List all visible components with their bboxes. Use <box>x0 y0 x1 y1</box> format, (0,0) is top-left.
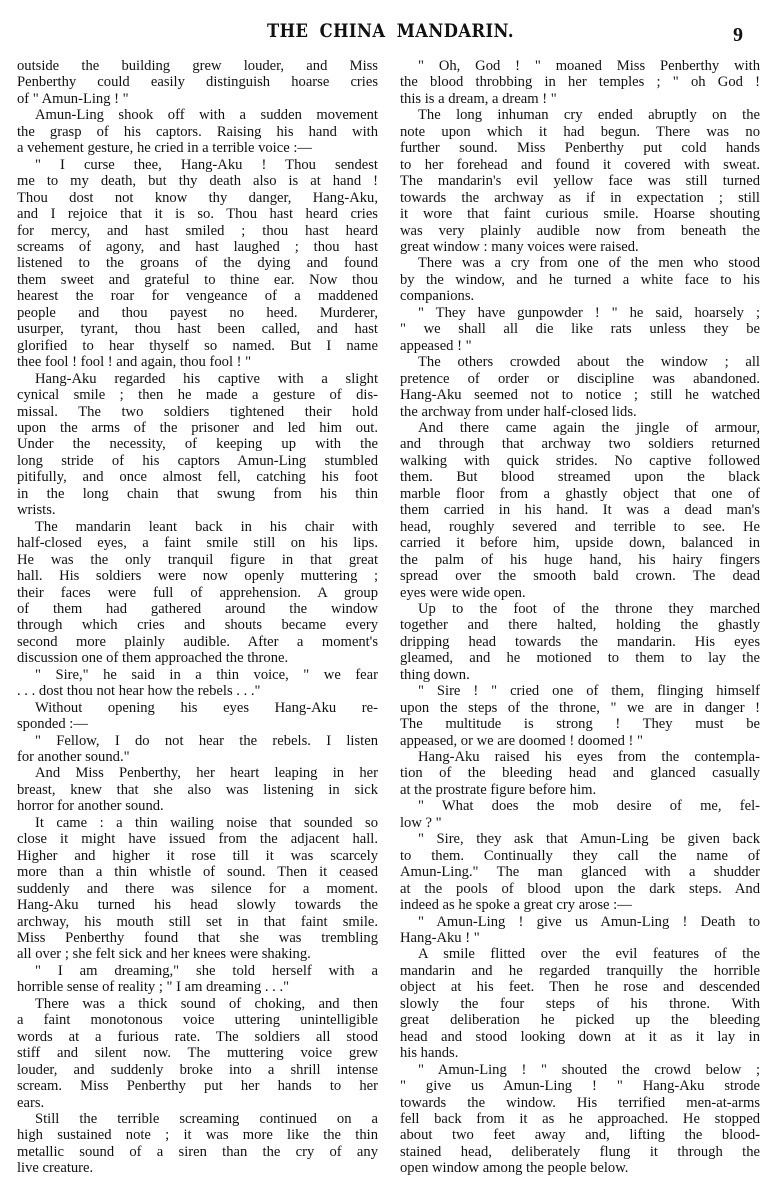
text-line: half-closed eyes, a faint smile still on… <box>17 535 378 551</box>
paragraph: It came : a thin wailing noise that soun… <box>17 815 378 963</box>
text-line: " give us Amun-Ling ! " Hang-Aku strode <box>400 1078 760 1094</box>
text-line: their faces were full of apprehension. A… <box>17 585 378 601</box>
text-line: " Sire ! " cried one of them, flinging h… <box>400 683 760 699</box>
paragraph: Without opening his eyes Hang-Aku re-spo… <box>17 700 378 733</box>
text-line: Hang-Aku raised his eyes from the contem… <box>400 749 760 765</box>
text-line: low ? " <box>400 815 760 831</box>
text-line: glorified to hear thyself so named. But … <box>17 338 378 354</box>
paragraph: " They have gunpowder ! " he said, hoars… <box>400 305 760 354</box>
text-line: There was a thick sound of choking, and … <box>17 996 378 1012</box>
text-line: of " Amun-Ling ! " <box>17 91 378 107</box>
text-line: a vehement gesture, he cried in a terrib… <box>17 140 378 156</box>
text-line: at the prostrate figure before him. <box>400 782 760 798</box>
text-line: Hang-Aku regarded his captive with a sli… <box>17 371 378 387</box>
text-line: fell back from it as he approached. He s… <box>400 1111 760 1127</box>
text-line: stiff and silent now. The muttering voic… <box>17 1045 378 1061</box>
text-line: them. But blood streamed upon the black <box>400 469 760 485</box>
text-line: the palm of his huge hand, his hairy fin… <box>400 552 760 568</box>
page-header: THE CHINA MANDARIN. 9 <box>0 14 781 44</box>
paragraph: Hang-Aku regarded his captive with a sli… <box>17 371 378 519</box>
text-line: It came : a thin wailing noise that soun… <box>17 815 378 831</box>
text-line: upon the steps of the throne, " we are i… <box>400 700 760 716</box>
text-line: " Amun-Ling ! " shouted the crowd below … <box>400 1062 760 1078</box>
text-line: tion of the bleeding head and glanced ca… <box>400 765 760 781</box>
text-line: great deliberation he picked up the blee… <box>400 1012 760 1028</box>
text-line: further sound. Miss Penberthy put cold h… <box>400 140 760 156</box>
text-line: pitifully, and once almost fell, catchin… <box>17 469 378 485</box>
text-line: breast, knew that she also was listening… <box>17 782 378 798</box>
text-line: Miss Penberthy found that she was trembl… <box>17 930 378 946</box>
text-line: this is a dream, a dream ! " <box>400 91 760 107</box>
text-line: together and there halted, holding the g… <box>400 617 760 633</box>
paragraph: The mandarin leant back in his chair wit… <box>17 519 378 667</box>
paragraph: " Amun-Ling ! " shouted the crowd below … <box>400 1062 760 1177</box>
text-line: them sweet and grateful to thine ear. No… <box>17 272 378 288</box>
text-line: thee fool ! fool ! and again, thou fool … <box>17 354 378 370</box>
text-line: great window : many voices were raised. <box>400 239 760 255</box>
text-line: head, roughly severed and terrible to se… <box>400 519 760 535</box>
text-line: towards the archway as if in expectation… <box>400 190 760 206</box>
paragraph: There was a thick sound of choking, and … <box>17 996 378 1111</box>
text-line: stained head, deliberately flung it thro… <box>400 1144 760 1160</box>
text-line: The others crowded about the window ; al… <box>400 354 760 370</box>
paragraph: " What does the mob desire of me, fel-lo… <box>400 798 760 831</box>
text-line: towards the window. His terrified men-at… <box>400 1095 760 1111</box>
paragraph: " Sire ! " cried one of them, flinging h… <box>400 683 760 749</box>
paragraph: " Amun-Ling ! give us Amun-Ling ! Death … <box>400 914 760 947</box>
text-line: Thou dost not know thy danger, Hang-Aku, <box>17 190 378 206</box>
text-line: sponded :— <box>17 716 378 732</box>
text-line: Amun-Ling shook off with a sudden moveme… <box>17 107 378 123</box>
text-line: hall. His soldiers were now openly mutte… <box>17 568 378 584</box>
text-line: words at a furious rate. The soldiers al… <box>17 1029 378 1045</box>
text-line: to her forehead and found it covered wit… <box>400 157 760 173</box>
text-line: louder, and suddenly broke into a shrill… <box>17 1062 378 1078</box>
right-column: " Oh, God ! " moaned Miss Penberthy with… <box>400 58 760 1177</box>
text-line: Higher and higher it rose till it was sc… <box>17 848 378 864</box>
text-line: " we shall all die like rats unless they… <box>400 321 760 337</box>
text-line: long stride of his captors Amun-Ling stu… <box>17 453 378 469</box>
text-line: upon the arms of the prisoner and led hi… <box>17 420 378 436</box>
text-line: was very plainly audible now from beneat… <box>400 223 760 239</box>
text-line: more than a thin whistle of sound. Then … <box>17 864 378 880</box>
text-line: ears. <box>17 1095 378 1111</box>
text-line: " I curse thee, Hang-Aku ! Thou sendest <box>17 157 378 173</box>
text-line: Hang-Aku turned his head slowly towards … <box>17 897 378 913</box>
text-line: the blood throbbing in her temples ; " o… <box>400 74 760 90</box>
text-line: open window among the people below. <box>400 1160 760 1176</box>
text-line: mandarin and he regarded tranquilly the … <box>400 963 760 979</box>
text-line: all over ; she felt sick and her knees w… <box>17 946 378 962</box>
text-line: the grasp of his captors. Raising his ha… <box>17 124 378 140</box>
text-line: dripping head towards the mandarin. His … <box>400 634 760 650</box>
text-line: screams of agony, and hast laughed ; tho… <box>17 239 378 255</box>
paragraph: And there came again the jingle of armou… <box>400 420 760 601</box>
left-column: outside the building grew louder, and Mi… <box>17 58 378 1177</box>
text-line: at the pools of blood upon the dark step… <box>400 881 760 897</box>
text-line: second more plainly audible. After a mom… <box>17 634 378 650</box>
page-number: 9 <box>733 24 743 47</box>
paragraph: And Miss Penberthy, her heart leaping in… <box>17 765 378 814</box>
paragraph: The long inhuman cry ended abruptly on t… <box>400 107 760 255</box>
paragraph: Amun-Ling shook off with a sudden moveme… <box>17 107 378 156</box>
paragraph: A smile flitted over the evil features o… <box>400 946 760 1061</box>
text-line: discussion one of them approached the th… <box>17 650 378 666</box>
text-line: carried it before him, upside down, bala… <box>400 535 760 551</box>
text-line: " They have gunpowder ! " he said, hoars… <box>400 305 760 321</box>
text-line: usurper, tyrant, thou hast been called, … <box>17 321 378 337</box>
paragraph: Hang-Aku raised his eyes from the contem… <box>400 749 760 798</box>
text-line: me to my death, but thy death also is at… <box>17 173 378 189</box>
text-line: " Sire," he said in a thin voice, " we f… <box>17 667 378 683</box>
text-line: Without opening his eyes Hang-Aku re- <box>17 700 378 716</box>
text-line: scream. Miss Penberthy put her hands to … <box>17 1078 378 1094</box>
paragraph: " Fellow, I do not hear the rebels. I li… <box>17 733 378 766</box>
text-line: spread over the smooth bald crown. The d… <box>400 568 760 584</box>
paragraph: Still the terrible screaming continued o… <box>17 1111 378 1177</box>
text-line: high sustained note ; it was more like t… <box>17 1127 378 1143</box>
paragraph: " I am dreaming," she told herself with … <box>17 963 378 996</box>
text-line: Amun-Ling." The man glanced with a shudd… <box>400 864 760 880</box>
text-line: gleamed, and he motioned to them to lay … <box>400 650 760 666</box>
text-line: Under the necessity, of keeping up with … <box>17 436 378 452</box>
text-line: " What does the mob desire of me, fel- <box>400 798 760 814</box>
text-line: horrible sense of reality ; " I am dream… <box>17 979 378 995</box>
text-line: indeed as he spoke a great cry arose :— <box>400 897 760 913</box>
text-line: " I am dreaming," she told herself with … <box>17 963 378 979</box>
text-line: He was the only tranquil figure in that … <box>17 552 378 568</box>
text-line: note upon which it had begun. There was … <box>400 124 760 140</box>
paragraph: " Oh, God ! " moaned Miss Penberthy with… <box>400 58 760 107</box>
text-line: through which cries and shouts became ev… <box>17 617 378 633</box>
text-line: pretence of order or discipline was aban… <box>400 371 760 387</box>
text-line: close it might have issued from the adja… <box>17 831 378 847</box>
text-line: The multitude is strong ! They must be <box>400 716 760 732</box>
text-line: the archway from under half-closed lids. <box>400 404 760 420</box>
paragraph: " Sire, they ask that Amun-Ling be given… <box>400 831 760 913</box>
text-line: walking with quick strides. No captive f… <box>400 453 760 469</box>
text-line: a faint monotonous voice uttering uninte… <box>17 1012 378 1028</box>
paragraph: The others crowded about the window ; al… <box>400 354 760 420</box>
text-line: missal. The two soldiers tightened their… <box>17 404 378 420</box>
text-line: for mercy, and hast smiled ; thou hast h… <box>17 223 378 239</box>
text-line: horror for another sound. <box>17 798 378 814</box>
paragraph: " Sire," he said in a thin voice, " we f… <box>17 667 378 700</box>
text-line: about two feet away and, lifting the blo… <box>400 1127 760 1143</box>
paragraph: " I curse thee, Hang-Aku ! Thou sendestm… <box>17 157 378 371</box>
text-line: " Amun-Ling ! give us Amun-Ling ! Death … <box>400 914 760 930</box>
text-line: and through that archway two soldiers re… <box>400 436 760 452</box>
text-line: cynical smile ; then he made a gesture o… <box>17 387 378 403</box>
text-line: people and thou payest no heed. Murderer… <box>17 305 378 321</box>
running-title: THE CHINA MANDARIN. <box>55 20 727 42</box>
text-line: of them had gathered around the window <box>17 601 378 617</box>
text-line: And Miss Penberthy, her heart leaping in… <box>17 765 378 781</box>
text-line: and I rejoice that it is so. Thou hast h… <box>17 206 378 222</box>
text-line: head and stood looking down at it as it … <box>400 1029 760 1045</box>
text-line: The mandarin leant back in his chair wit… <box>17 519 378 535</box>
text-line: There was a cry from one of the men who … <box>400 255 760 271</box>
text-line: And there came again the jingle of armou… <box>400 420 760 436</box>
text-line: Penberthy could easily distinguish hoars… <box>17 74 378 90</box>
text-line: companions. <box>400 288 760 304</box>
text-line: in the long chain that swung from his th… <box>17 486 378 502</box>
text-line: metallic sound of a siren than the cry o… <box>17 1144 378 1160</box>
text-line: his hands. <box>400 1045 760 1061</box>
text-line: . . . dost thou not hear how the rebels … <box>17 683 378 699</box>
paragraph: Up to the foot of the throne they marche… <box>400 601 760 683</box>
text-line: archway, his mouth still set in that fai… <box>17 914 378 930</box>
text-line: thing down. <box>400 667 760 683</box>
text-line: marble floor from a ghastly object that … <box>400 486 760 502</box>
text-line: outside the building grew louder, and Mi… <box>17 58 378 74</box>
text-line: wrists. <box>17 502 378 518</box>
text-line: appeased ! " <box>400 338 760 354</box>
text-line: Hang-Aku seemed not to notice ; still he… <box>400 387 760 403</box>
text-line: appeased, or we are doomed ! doomed ! " <box>400 733 760 749</box>
text-line: " Sire, they ask that Amun-Ling be given… <box>400 831 760 847</box>
paragraph: outside the building grew louder, and Mi… <box>17 58 378 107</box>
text-line: live creature. <box>17 1160 378 1176</box>
text-line: The long inhuman cry ended abruptly on t… <box>400 107 760 123</box>
text-line: " Fellow, I do not hear the rebels. I li… <box>17 733 378 749</box>
paragraph: There was a cry from one of the men who … <box>400 255 760 304</box>
text-line: it wore that faint curious smile. Hoarse… <box>400 206 760 222</box>
text-line: eyes were wide open. <box>400 585 760 601</box>
text-line: A smile flitted over the evil features o… <box>400 946 760 962</box>
text-line: to them. Continually they call the name … <box>400 848 760 864</box>
text-line: by the window, and he turned a white fac… <box>400 272 760 288</box>
text-line: them carried in his hand. It was a dead … <box>400 502 760 518</box>
text-line: object at his feet. Then he rose and des… <box>400 979 760 995</box>
text-line: " Oh, God ! " moaned Miss Penberthy with <box>400 58 760 74</box>
text-line: suddenly and there was silence for a mom… <box>17 881 378 897</box>
text-line: Up to the foot of the throne they marche… <box>400 601 760 617</box>
text-line: The mandarin's evil yellow face was stil… <box>400 173 760 189</box>
text-line: hearest the roar for vengeance of a madd… <box>17 288 378 304</box>
text-line: slowly the four steps of his throne. Wit… <box>400 996 760 1012</box>
text-line: listened to the groans of the dying and … <box>17 255 378 271</box>
text-line: for another sound." <box>17 749 378 765</box>
text-line: Hang-Aku ! " <box>400 930 760 946</box>
text-line: Still the terrible screaming continued o… <box>17 1111 378 1127</box>
